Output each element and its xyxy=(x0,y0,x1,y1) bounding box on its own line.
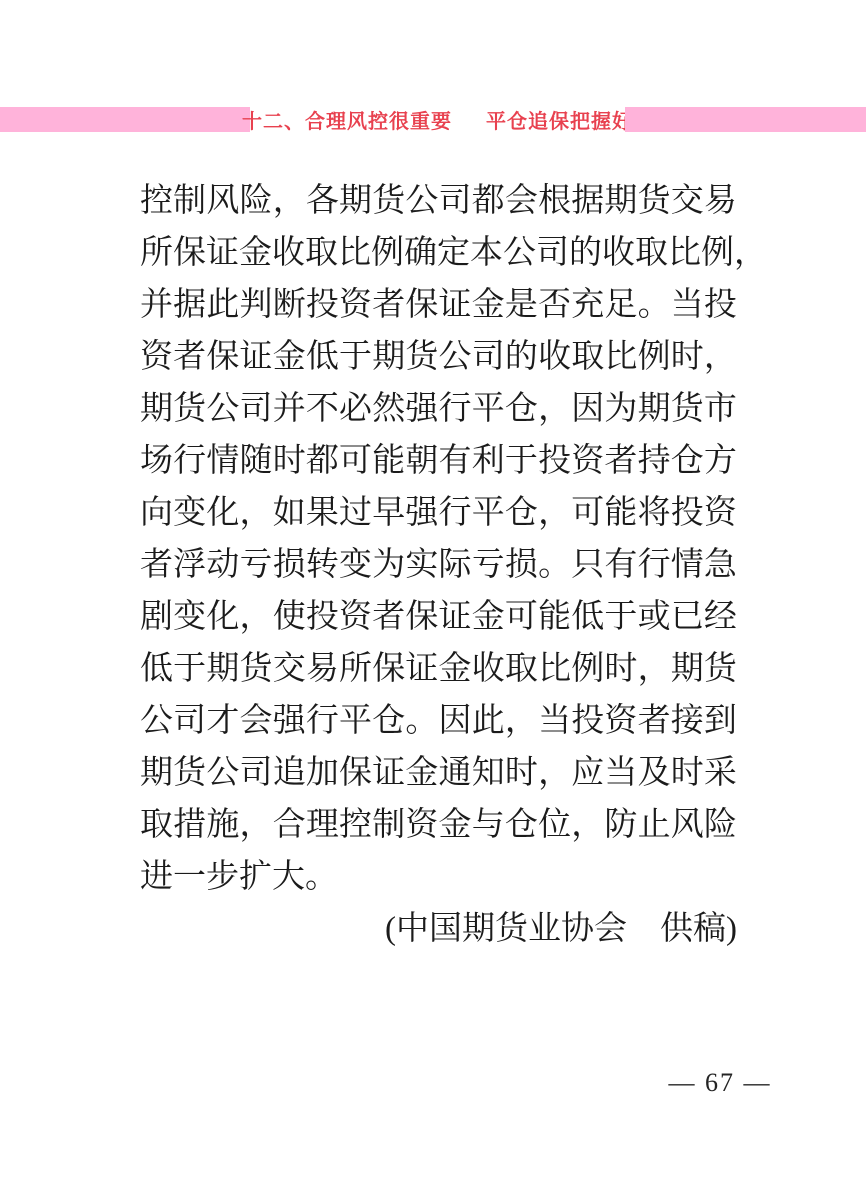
body-line: 低于期货交易所保证金收取比例时，期货 xyxy=(140,643,737,695)
body-line: 期货公司追加保证金通知时，应当及时采 xyxy=(140,747,737,799)
body-line: 控制风险，各期货公司都会根据期货交易 xyxy=(140,175,737,227)
body-line: 场行情随时都可能朝有利于投资者持仓方 xyxy=(140,435,737,487)
chapter-title-subtitle: 平仓追保把握好 xyxy=(486,105,633,134)
chapter-header: 十二、合理风控很重要 平仓追保把握好 xyxy=(0,107,866,132)
body-line: 所保证金收取比例确定本公司的收取比例， xyxy=(140,227,737,279)
body-text: 控制风险，各期货公司都会根据期货交易 所保证金收取比例确定本公司的收取比例， 并… xyxy=(140,175,737,955)
attribution-line: (中国期货业协会 供稿) xyxy=(140,903,737,955)
header-bar-right xyxy=(625,107,866,132)
body-line: 剧变化，使投资者保证金可能低于或已经 xyxy=(140,591,737,643)
chapter-title-number: 十二、合理风控很重要 xyxy=(242,105,452,134)
body-line-last: 进一步扩大。 xyxy=(140,851,737,903)
page-number: — 67 — xyxy=(620,1068,820,1098)
body-line: 取措施，合理控制资金与仓位，防止风险 xyxy=(140,799,737,851)
body-line: 公司才会强行平仓。因此，当投资者接到 xyxy=(140,695,737,747)
body-line: 并据此判断投资者保证金是否充足。当投 xyxy=(140,279,737,331)
body-line: 向变化，如果过早强行平仓，可能将投资 xyxy=(140,487,737,539)
body-line: 者浮动亏损转变为实际亏损。只有行情急 xyxy=(140,539,737,591)
book-page: 十二、合理风控很重要 平仓追保把握好 控制风险，各期货公司都会根据期货交易 所保… xyxy=(0,0,866,1189)
body-line: 期货公司并不必然强行平仓，因为期货市 xyxy=(140,383,737,435)
body-line: 资者保证金低于期货公司的收取比例时， xyxy=(140,331,737,383)
header-bar-left xyxy=(0,107,250,132)
chapter-title: 十二、合理风控很重要 平仓追保把握好 xyxy=(250,107,625,132)
